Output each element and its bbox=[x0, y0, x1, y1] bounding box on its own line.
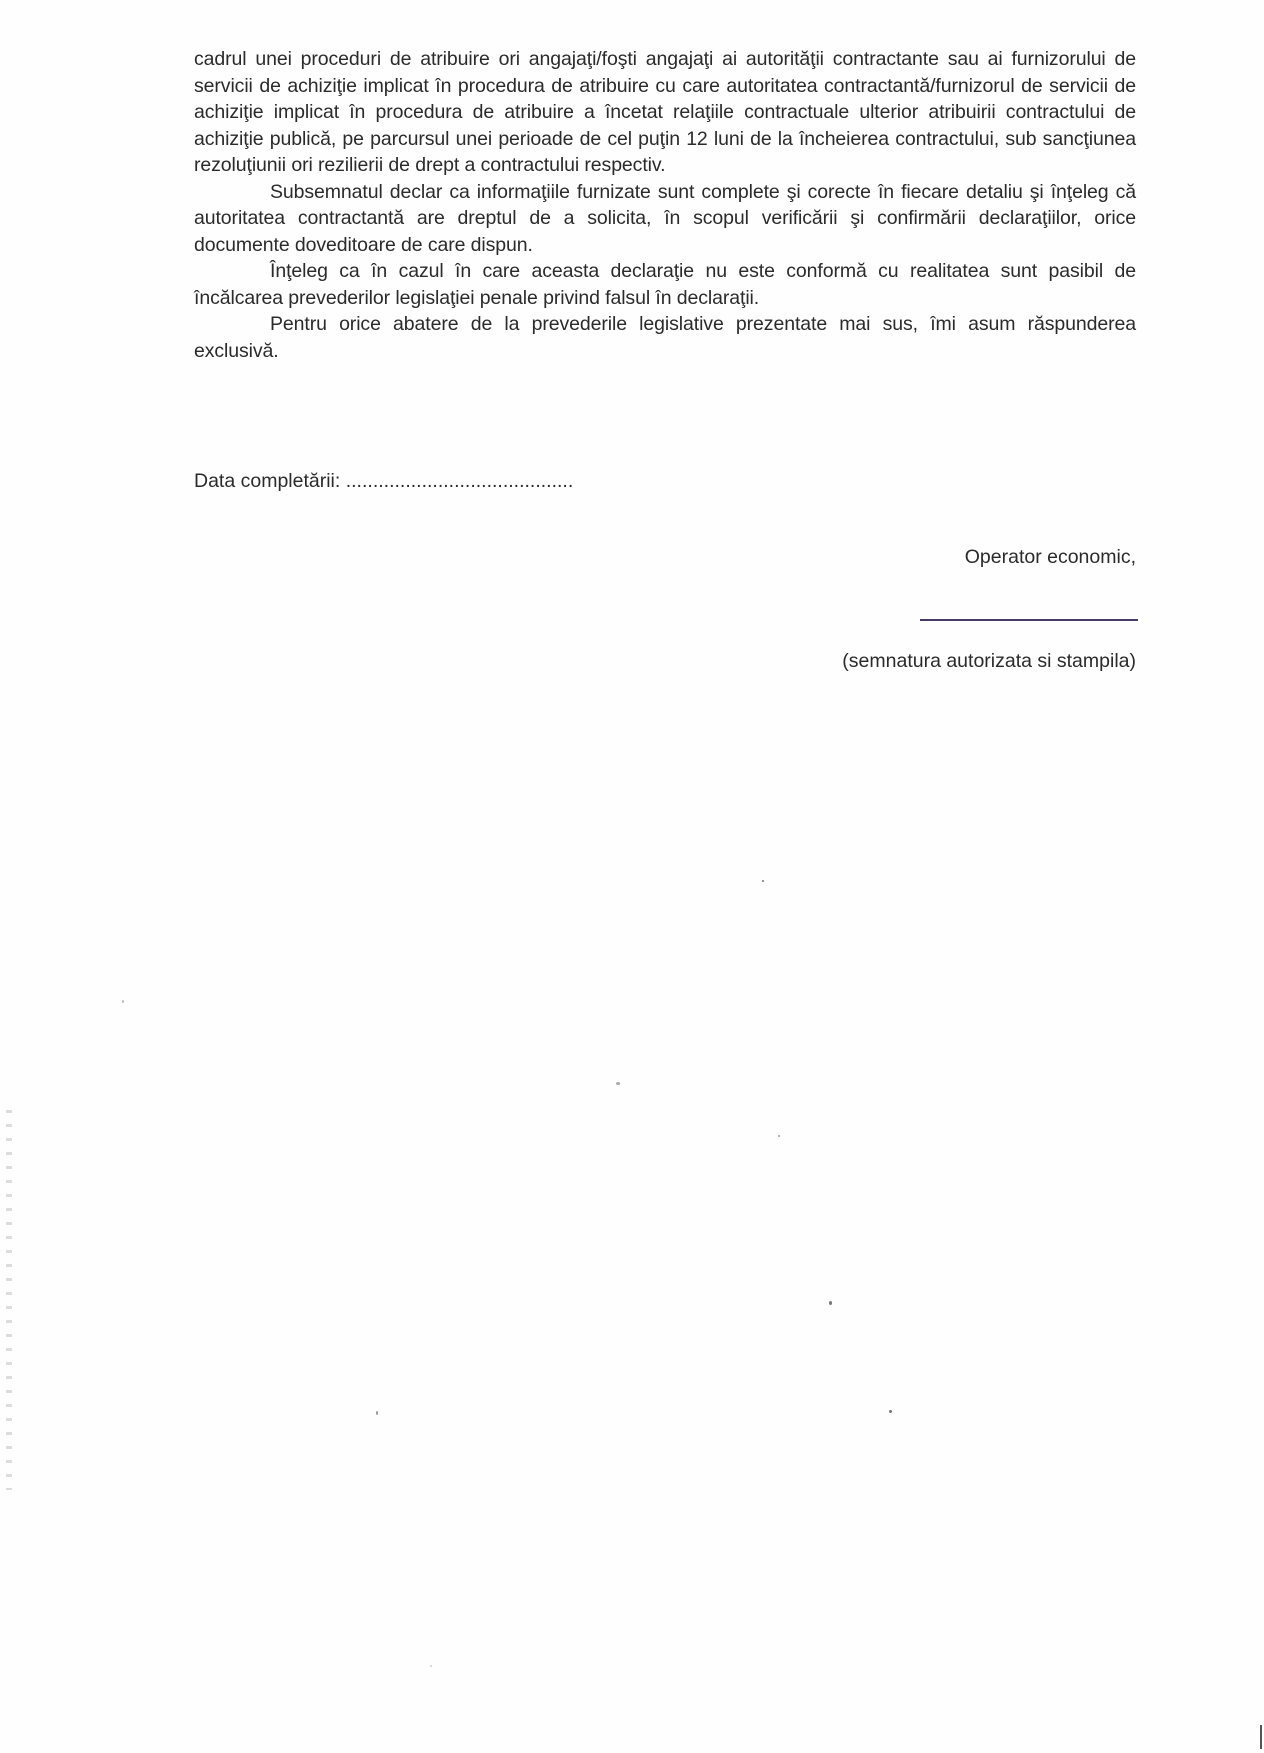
scan-edge-marks bbox=[6, 1110, 12, 1490]
scan-speck bbox=[616, 1082, 620, 1085]
scan-speck bbox=[829, 1301, 832, 1305]
paragraph-accuracy-statement: Subsemnatul declar ca informaţiile furni… bbox=[194, 179, 1136, 259]
scan-speck bbox=[762, 880, 764, 882]
paragraph-contract-clause: cadrul unei proceduri de atribuire ori a… bbox=[194, 46, 1136, 179]
scan-edge-mark bbox=[1260, 1725, 1262, 1749]
paragraph-exclusive-responsibility: Pentru orice abatere de la prevederile l… bbox=[194, 311, 1136, 364]
completion-date-field: Data completării: ......................… bbox=[194, 470, 573, 493]
scan-speck bbox=[430, 1665, 432, 1667]
economic-operator-label: Operator economic, bbox=[965, 546, 1136, 569]
paragraph-penal-liability: Înţeleg ca în cazul în care aceasta decl… bbox=[194, 258, 1136, 311]
scan-speck bbox=[122, 1000, 124, 1003]
scan-speck bbox=[778, 1135, 780, 1137]
declaration-body: cadrul unei proceduri de atribuire ori a… bbox=[194, 46, 1136, 364]
signature-caption: (semnatura autorizata si stampila) bbox=[842, 650, 1136, 673]
scan-speck bbox=[889, 1410, 892, 1413]
scan-speck bbox=[376, 1411, 378, 1415]
scanned-page: cadrul unei proceduri de atribuire ori a… bbox=[0, 0, 1264, 1753]
signature-line bbox=[920, 619, 1138, 621]
